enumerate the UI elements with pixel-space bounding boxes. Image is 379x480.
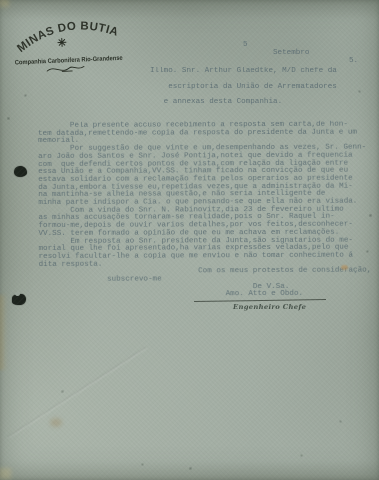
paper-crease [7,346,147,438]
ink-blot [14,166,27,177]
recipient-address: Illmo. Snr. Arthur Glaedtke, M/D chefe d… [150,64,337,111]
flourish-ornament-icon [47,66,84,72]
paper-corner-wear [0,0,9,7]
company-subtitle: Companhia Carbonifera Rio-Grandense [15,55,124,67]
paper-edge-wear [0,295,7,370]
paper-stain [50,418,62,427]
ink-blot [12,294,26,305]
letter-body: Pela presente accuso recebimento a respo… [38,122,371,301]
date-line: 5 Setembro 5. [0,33,379,45]
paper-corner-wear [0,468,11,480]
date-month: Setembro [273,49,309,57]
date-day: 5 [243,41,248,49]
signature-line [194,299,326,302]
signature-role: Engenheiro Chefe [233,303,306,311]
date-year: 5. [349,57,358,65]
letter-page: MINAS DO BUTIA Companhia Carbonifera Rio… [0,0,379,480]
paper-speckles [0,0,1,1]
